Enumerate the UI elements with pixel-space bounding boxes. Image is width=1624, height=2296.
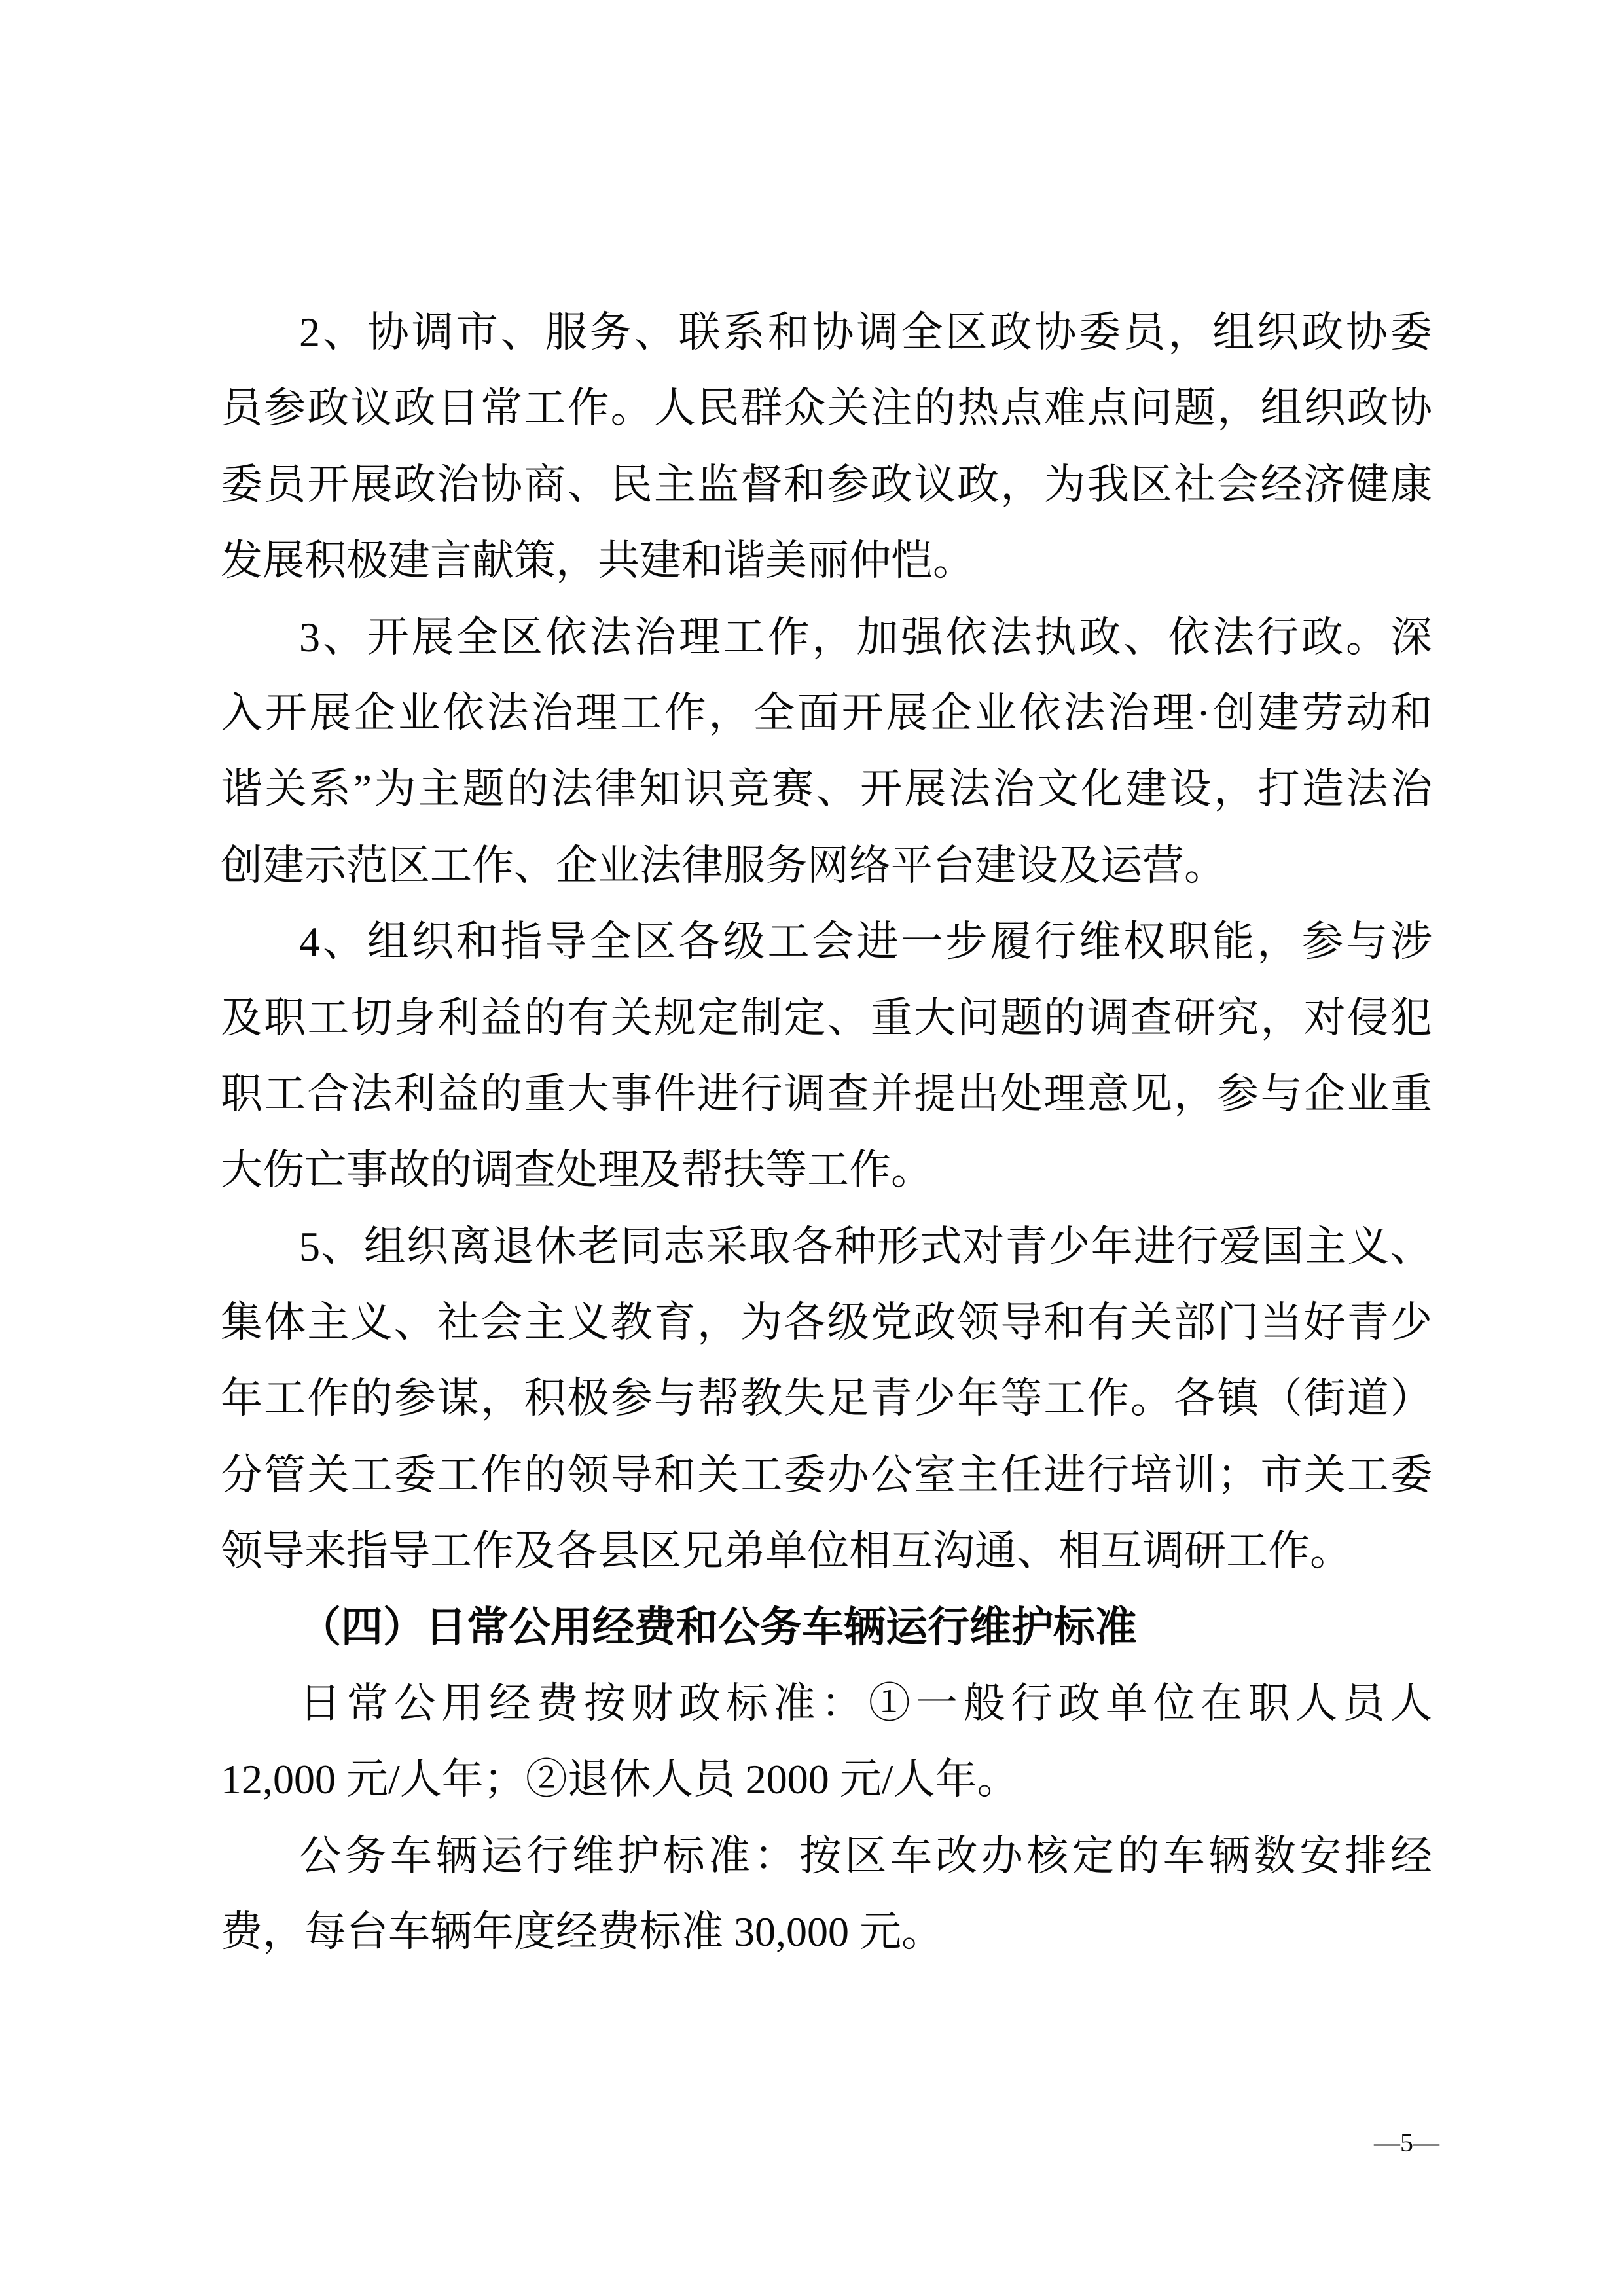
text-line: 公务车辆运行维护标准：按区车改办核定的车辆数安排经 [221,1818,1432,1894]
text-line: （四）日常公用经费和公务车辆运行维护标准 [221,1590,1432,1666]
text-line: 4、组织和指导全区各级工会进一步履行维权职能，参与涉 [221,904,1432,980]
text-line: 12,000 元/人年；②退休人员 2000 元/人年。 [221,1742,1432,1818]
text-line: 职工合法利益的重大事件进行调查并提出处理意见，参与企业重 [221,1056,1432,1132]
text-line: 集体主义、社会主义教育，为各级党政领导和有关部门当好青少 [221,1285,1432,1361]
document-body: 2、协调市、服务、联系和协调全区政协委员，组织政协委员参政议政日常工作。人民群众… [221,295,1432,1971]
text-line: 费，每台车辆年度经费标准 30,000 元。 [221,1894,1432,1970]
section-heading: （四）日常公用经费和公务车辆运行维护标准 [221,1590,1432,1666]
paragraph: 3、开展全区依法治理工作，加强依法执政、依法行政。深入开展企业依法治理工作，全面… [221,600,1432,905]
text-line: 及职工切身利益的有关规定制定、重大问题的调查研究，对侵犯 [221,980,1432,1056]
text-line: 大伤亡事故的调查处理及帮扶等工作。 [221,1132,1432,1208]
document-page: { "page": { "background_color": "#ffffff… [0,0,1624,2296]
text-line: 创建示范区工作、企业法律服务网络平台建设及运营。 [221,828,1432,904]
paragraph: 日常公用经费按财政标准：①一般行政单位在职人员人12,000 元/人年；②退休人… [221,1666,1432,1818]
text-line: 领导来指导工作及各县区兄弟单位相互沟通、相互调研工作。 [221,1513,1432,1589]
text-line: 员参政议政日常工作。人民群众关注的热点难点问题，组织政协 [221,370,1432,446]
page-number: —5— [1374,2126,1439,2160]
text-line: 委员开展政治协商、民主监督和参政议政，为我区社会经济健康 [221,447,1432,523]
text-line: 年工作的参谋，积极参与帮教失足青少年等工作。各镇（街道） [221,1361,1432,1437]
paragraph: 公务车辆运行维护标准：按区车改办核定的车辆数安排经费，每台车辆年度经费标准 30… [221,1818,1432,1971]
text-line: 2、协调市、服务、联系和协调全区政协委员，组织政协委 [221,295,1432,370]
paragraph: 4、组织和指导全区各级工会进一步履行维权职能，参与涉及职工切身利益的有关规定制定… [221,904,1432,1209]
text-line: 入开展企业依法治理工作，全面开展企业依法治理·创建劳动和 [221,675,1432,751]
paragraph: 5、组织离退休老同志采取各种形式对青少年进行爱国主义、集体主义、社会主义教育，为… [221,1209,1432,1590]
text-line: 发展积极建言献策，共建和谐美丽仲恺。 [221,523,1432,599]
text-line: 5、组织离退休老同志采取各种形式对青少年进行爱国主义、 [221,1209,1432,1285]
text-line: 分管关工委工作的领导和关工委办公室主任进行培训；市关工委 [221,1437,1432,1513]
text-line: 日常公用经费按财政标准：①一般行政单位在职人员人 [221,1666,1432,1742]
text-line: 3、开展全区依法治理工作，加强依法执政、依法行政。深 [221,600,1432,675]
paragraph: 2、协调市、服务、联系和协调全区政协委员，组织政协委员参政议政日常工作。人民群众… [221,295,1432,600]
text-line: 谐关系”为主题的法律知识竞赛、开展法治文化建设，打造法治 [221,751,1432,827]
